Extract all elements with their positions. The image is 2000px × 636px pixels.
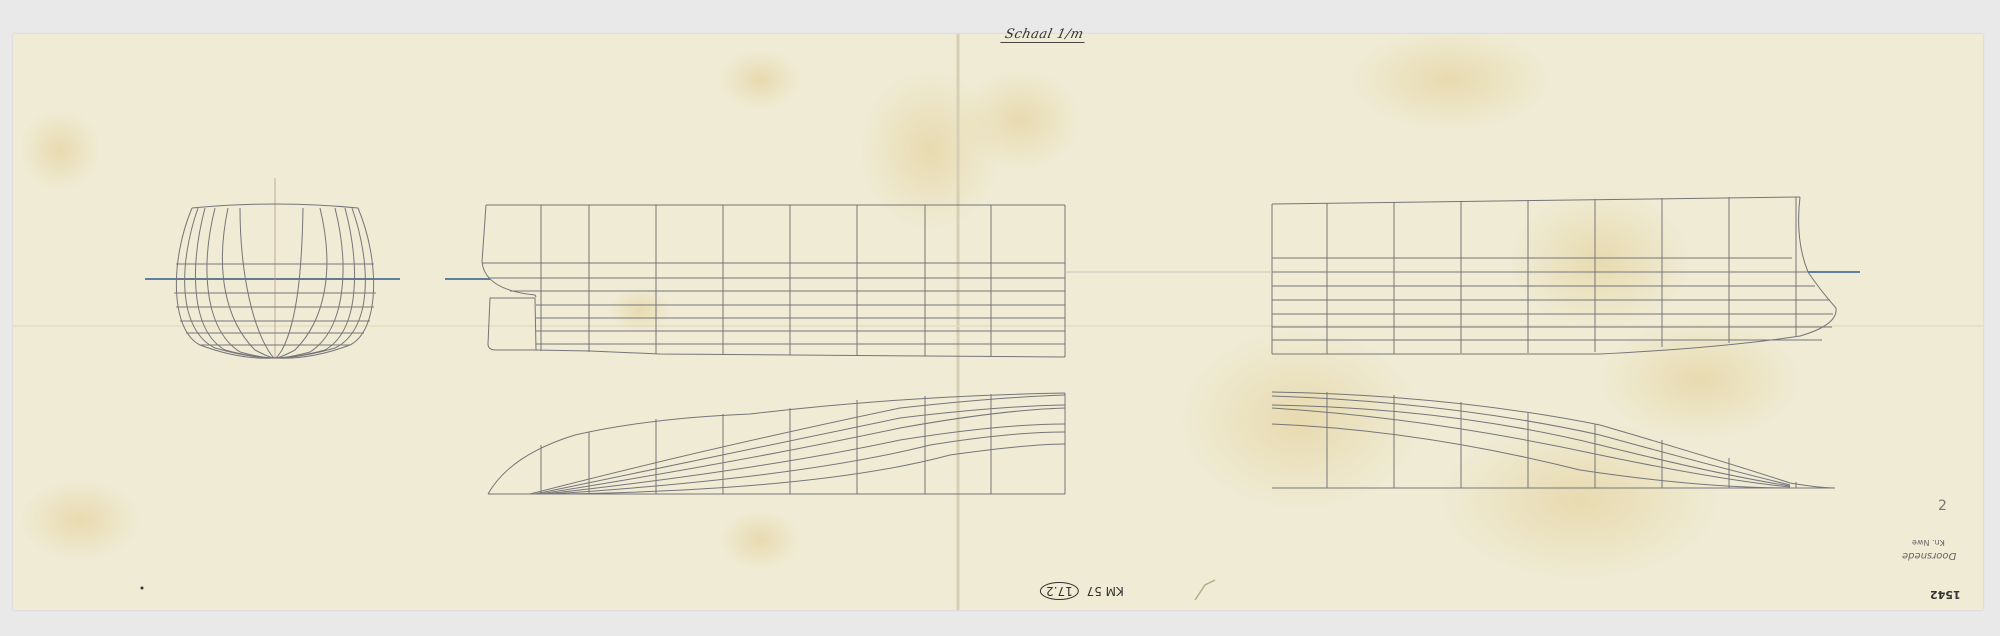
catalog-circle-mark: 17.2: [1040, 582, 1079, 600]
sheet-number: 2: [1938, 498, 1947, 514]
catalog-number: KM 57 17.2: [1040, 582, 1124, 600]
paper-tear: [1195, 580, 1215, 600]
sheer-plan-aft: [445, 205, 1065, 357]
ink-dot: [141, 587, 144, 590]
half-breadth-aft: [488, 393, 1065, 494]
corner-mark: 1542: [1930, 588, 1961, 601]
body-plan: [145, 178, 400, 358]
inverted-note-1: Kn. Nwe: [1912, 538, 1945, 547]
drawing-title: Schaal 1/m: [1000, 27, 1088, 43]
ship-lines-drawing: [0, 0, 2000, 636]
inverted-note-2: Doorsnede: [1902, 550, 1956, 561]
catalog-code: KM 57: [1087, 584, 1124, 598]
